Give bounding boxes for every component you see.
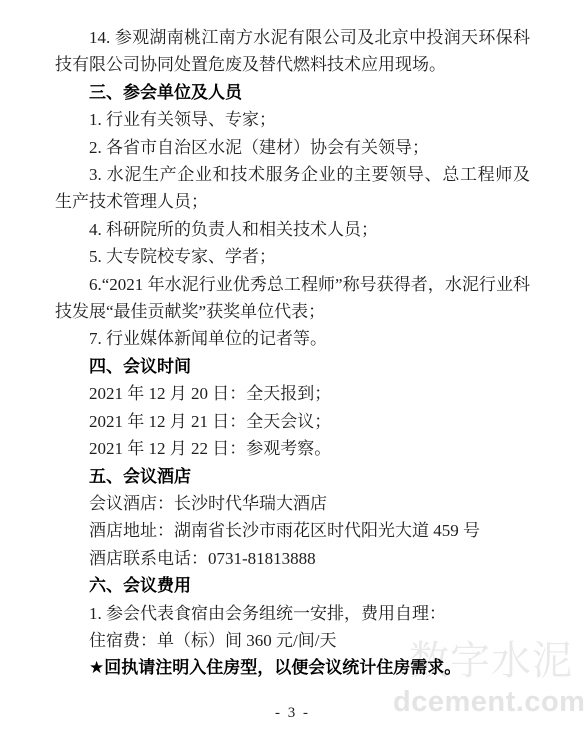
star-note-line: ★回执请注明入住房型，以便会议统计住房需求。 xyxy=(55,654,530,681)
hotel-name-line: 会议酒店：长沙时代华瑞大酒店 xyxy=(55,490,530,517)
list-item-attendees-7: 7. 行业媒体新闻单位的记者等。 xyxy=(55,325,530,352)
list-item-attendees-3: 3. 水泥生产企业和技术服务企业的主要领导、总工程师及生产技术管理人员； xyxy=(55,161,530,216)
schedule-day-2: 2021 年 12 月 21 日：全天会议； xyxy=(55,408,530,435)
section-heading-attendees: 三、参会单位及人员 xyxy=(55,79,530,106)
hotel-address-line: 酒店地址：湖南省长沙市雨花区时代阳光大道 459 号 xyxy=(55,517,530,544)
paragraph-visit-site: 14. 参观湖南桃江南方水泥有限公司及北京中投润天环保科技有限公司协同处置危废及… xyxy=(55,24,530,79)
document-body: 14. 参观湖南桃江南方水泥有限公司及北京中投润天环保科技有限公司协同处置危废及… xyxy=(55,24,530,682)
hotel-phone-line: 酒店联系电话：0731-81813888 xyxy=(55,545,530,572)
document-page: 数字水泥 dcement.com 14. 参观湖南桃江南方水泥有限公司及北京中投… xyxy=(0,0,585,741)
section-heading-hotel: 五、会议酒店 xyxy=(55,463,530,490)
list-item-attendees-5: 5. 大专院校专家、学者； xyxy=(55,243,530,270)
fees-room-rate-line: 住宿费：单（标）间 360 元/间/天 xyxy=(55,627,530,654)
section-heading-fees: 六、会议费用 xyxy=(55,572,530,599)
list-item-attendees-2: 2. 各省市自治区水泥（建材）协会有关领导； xyxy=(55,134,530,161)
schedule-day-1: 2021 年 12 月 20 日：全天报到； xyxy=(55,380,530,407)
section-heading-schedule: 四、会议时间 xyxy=(55,353,530,380)
page-number: - 3 - xyxy=(0,705,585,722)
list-item-attendees-6: 6.“2021 年水泥行业优秀总工程师”称号获得者，水泥行业科技发展“最佳贡献奖… xyxy=(55,271,530,326)
schedule-day-3: 2021 年 12 月 22 日：参观考察。 xyxy=(55,435,530,462)
fees-arrangement-line: 1. 参会代表食宿由会务组统一安排，费用自理： xyxy=(55,600,530,627)
list-item-attendees-1: 1. 行业有关领导、专家； xyxy=(55,106,530,133)
list-item-attendees-4: 4. 科研院所的负责人和相关技术人员； xyxy=(55,216,530,243)
